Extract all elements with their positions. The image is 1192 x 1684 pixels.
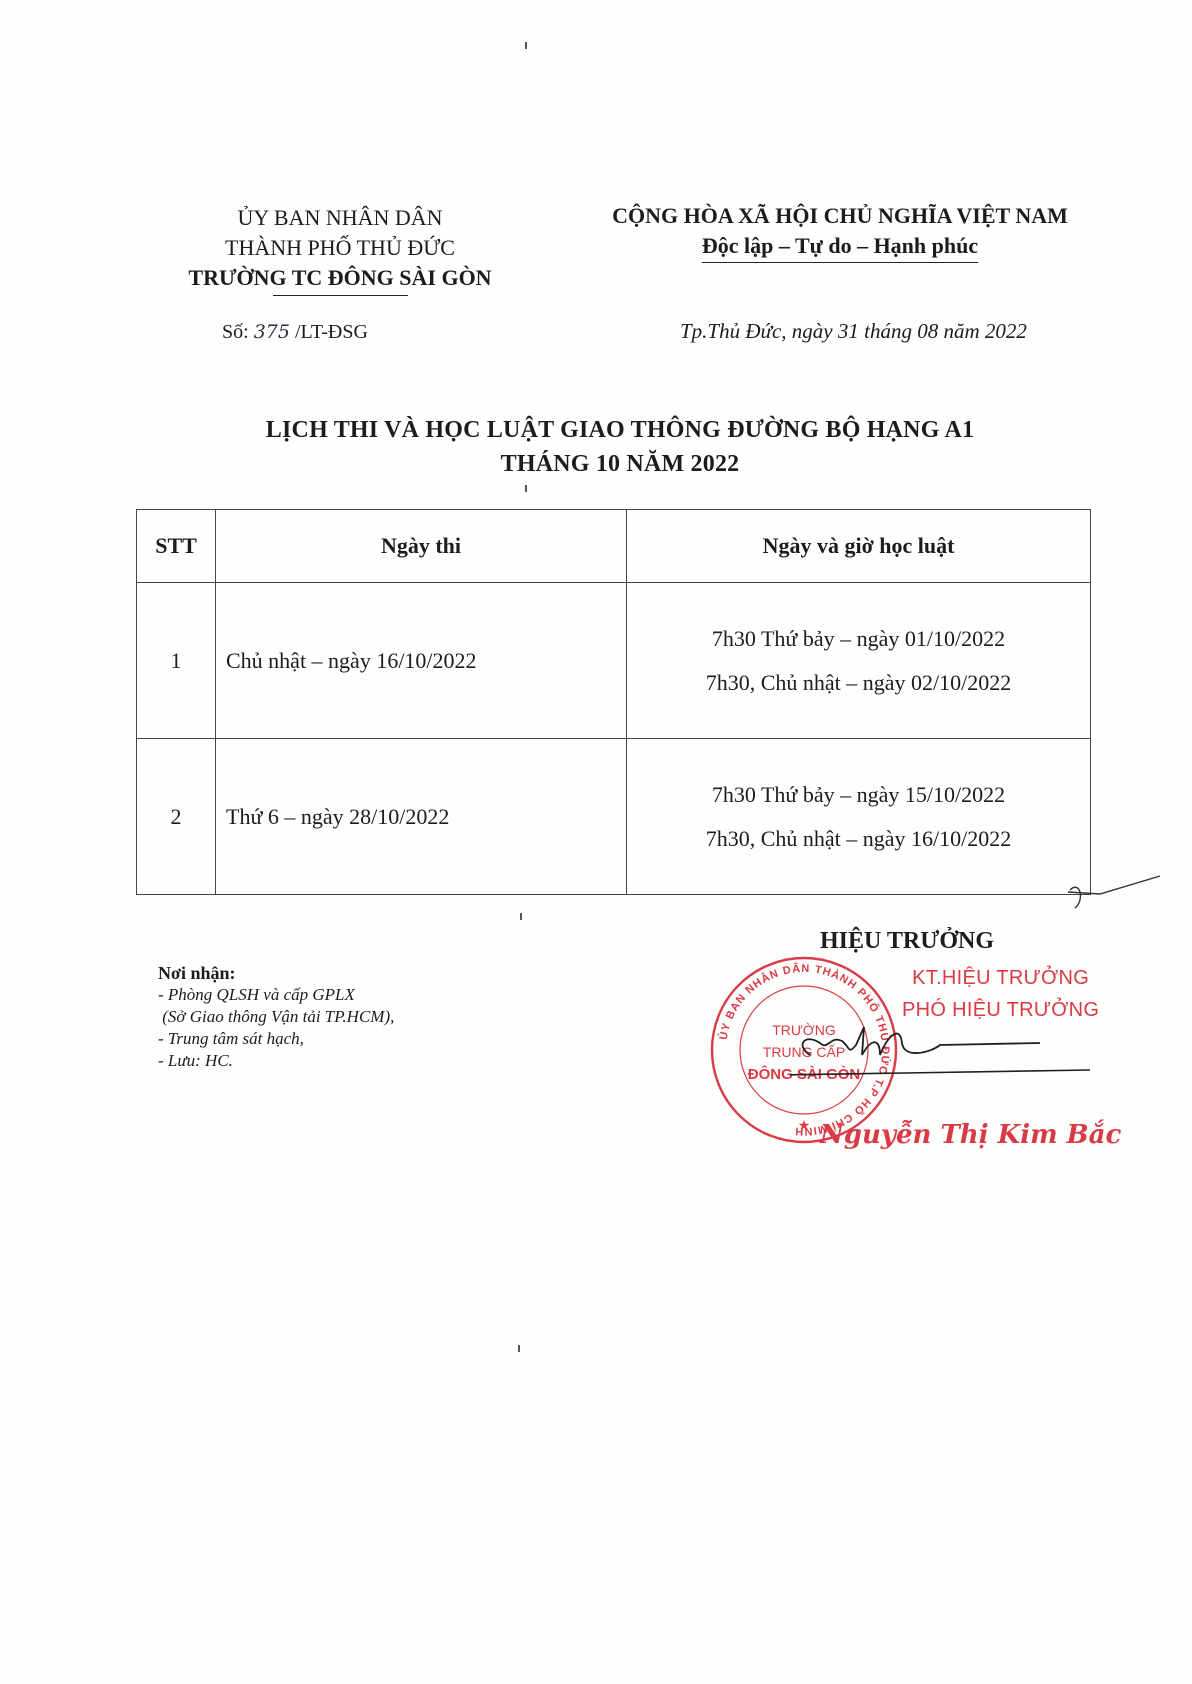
scan-speck	[518, 1345, 520, 1352]
col-header-stt: STT	[137, 510, 216, 583]
cell-stt: 1	[137, 583, 216, 739]
school-name-text: TRƯỜNG TC ĐÔNG SÀI GÒN	[188, 265, 491, 290]
study-session: 7h30, Chủ nhật – ngày 02/10/2022	[627, 661, 1090, 705]
study-session: 7h30 Thứ bảy – ngày 15/10/2022	[627, 773, 1090, 817]
school-name-underline	[273, 295, 408, 296]
national-motto: Độc lập – Tự do – Hạnh phúc	[702, 231, 978, 263]
doc-no-prefix: Số:	[222, 321, 254, 343]
table-header-row: STT Ngày thi Ngày và giờ học luật	[137, 510, 1091, 583]
school-name: TRƯỜNG TC ĐÔNG SÀI GÒN	[140, 263, 540, 293]
authority-line-1: ỦY BAN NHÂN DÂN	[140, 203, 540, 233]
svg-text:★: ★	[798, 1119, 811, 1134]
recipients-heading: Nơi nhận:	[158, 962, 394, 984]
recipient-item: - Trung tâm sát hạch,	[158, 1028, 394, 1050]
scan-speck	[520, 913, 522, 920]
scan-speck	[525, 42, 527, 49]
study-session: 7h30, Chủ nhật – ngày 16/10/2022	[627, 817, 1090, 861]
study-session: 7h30 Thứ bảy – ngày 01/10/2022	[627, 617, 1090, 661]
schedule-table: STT Ngày thi Ngày và giờ học luật 1 Chủ …	[136, 509, 1091, 895]
handwritten-signature-icon	[790, 1015, 1110, 1085]
doc-no-handwritten: 375	[254, 321, 290, 343]
signatory-name: Nguyễn Thị Kim Bắc	[820, 1120, 1121, 1150]
col-header-study-time: Ngày và giờ học luật	[627, 510, 1091, 583]
recipient-item: - Phòng QLSH và cấp GPLX	[158, 984, 394, 1006]
cell-exam-date: Thứ 6 – ngày 28/10/2022	[216, 739, 627, 895]
title-line-1: LỊCH THI VÀ HỌC LUẬT GIAO THÔNG ĐƯỜNG BỘ…	[160, 413, 1080, 447]
signatory-title: HIỆU TRƯỞNG	[820, 928, 994, 955]
cell-study-times: 7h30 Thứ bảy – ngày 15/10/2022 7h30, Chủ…	[627, 739, 1091, 895]
scan-speck	[525, 485, 527, 492]
authority-line-2: THÀNH PHỐ THỦ ĐỨC	[140, 233, 540, 263]
recipient-item: (Sở Giao thông Vận tải TP.HCM),	[158, 1006, 394, 1028]
cell-stt: 2	[137, 739, 216, 895]
national-header: CỘNG HÒA XÃ HỘI CHỦ NGHĨA VIỆT NAM Độc l…	[570, 201, 1110, 263]
table-row: 2 Thứ 6 – ngày 28/10/2022 7h30 Thứ bảy –…	[137, 739, 1091, 895]
initials-mark-icon	[1060, 870, 1170, 920]
document-title: LỊCH THI VÀ HỌC LUẬT GIAO THÔNG ĐƯỜNG BỘ…	[160, 413, 1080, 481]
issuing-authority: ỦY BAN NHÂN DÂN THÀNH PHỐ THỦ ĐỨC TRƯỜNG…	[140, 203, 540, 296]
deputy-stamp-line-1: KT.HIỆU TRƯỞNG	[902, 962, 1099, 994]
document-number: Số: 375 /LT-ĐSG	[222, 321, 368, 344]
nation-name: CỘNG HÒA XÃ HỘI CHỦ NGHĨA VIỆT NAM	[570, 201, 1110, 231]
cell-exam-date: Chủ nhật – ngày 16/10/2022	[216, 583, 627, 739]
doc-no-suffix: /LT-ĐSG	[290, 321, 368, 343]
cell-study-times: 7h30 Thứ bảy – ngày 01/10/2022 7h30, Chủ…	[627, 583, 1091, 739]
col-header-exam-date: Ngày thi	[216, 510, 627, 583]
place-date: Tp.Thủ Đức, ngày 31 tháng 08 năm 2022	[680, 319, 1027, 344]
recipient-item: - Lưu: HC.	[158, 1050, 394, 1072]
recipients-block: Nơi nhận: - Phòng QLSH và cấp GPLX (Sở G…	[158, 962, 394, 1072]
title-line-2: THÁNG 10 NĂM 2022	[160, 447, 1080, 481]
table-row: 1 Chủ nhật – ngày 16/10/2022 7h30 Thứ bả…	[137, 583, 1091, 739]
